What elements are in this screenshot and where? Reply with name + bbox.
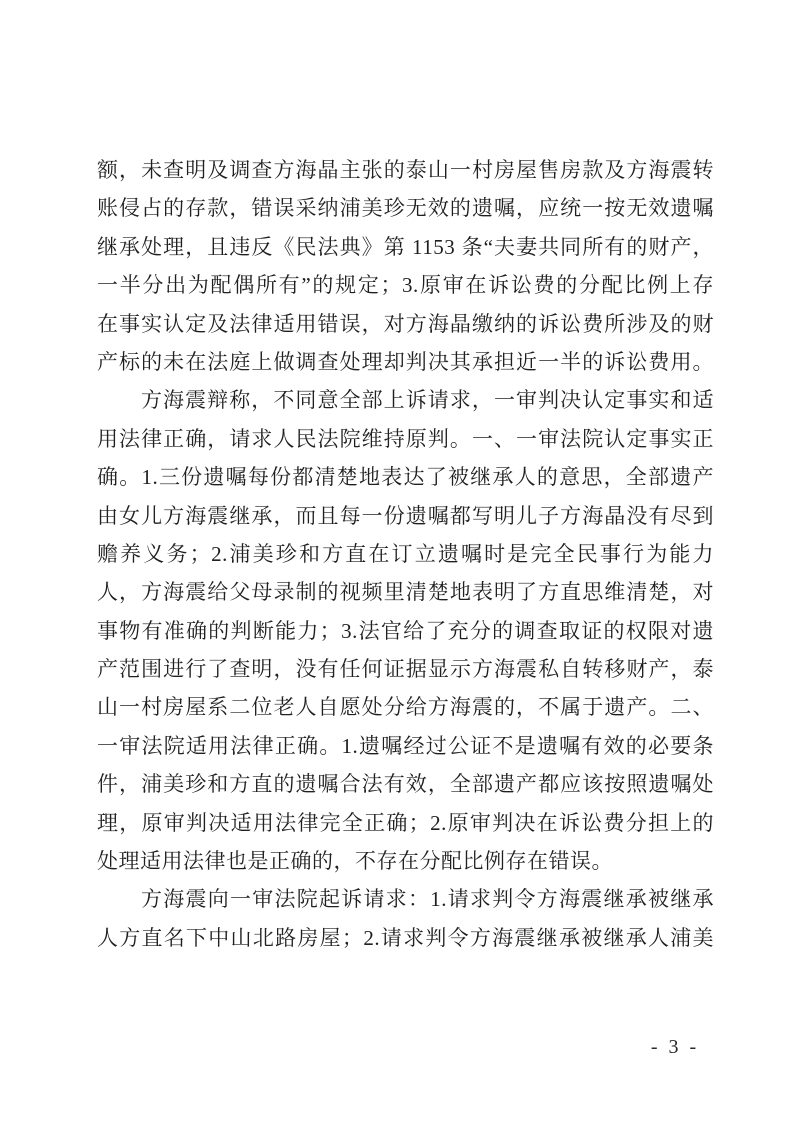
page-number: - 3 -: [640, 1036, 710, 1059]
text-line: 继承处理，且违反《民法典》第 1153 条“夫妻共同所有的财产，: [97, 228, 714, 266]
text-line: 方海震辩称，不同意全部上诉请求，一审判决认定事实和适: [97, 381, 714, 419]
text-line: 人方直名下中山北路房屋；2.请求判令方海震继承被继承人浦美: [97, 919, 714, 957]
document-page: 额，未查明及调查方海晶主张的泰山一村房屋售房款及方海震转账侵占的存款，错误采纳浦…: [0, 0, 800, 1131]
text-line: 理，原审判决适用法律完全正确；2.原审判决在诉讼费分担上的: [97, 804, 714, 842]
text-line: 由女儿方海震继承，而且每一份遗嘱都写明儿子方海晶没有尽到: [97, 497, 714, 535]
text-line: 产范围进行了查明，没有任何证据显示方海震私自转移财产，泰: [97, 650, 714, 688]
text-line: 用法律正确，请求人民法院维持原判。一、一审法院认定事实正: [97, 420, 714, 458]
text-line: 在事实认定及法律适用错误，对方海晶缴纳的诉讼费所涉及的财: [97, 305, 714, 343]
text-line: 方海震向一审法院起诉请求：1.请求判令方海震继承被继承: [97, 880, 714, 918]
text-line: 一半分出为配偶所有”的规定；3.原审在诉讼费的分配比例上存: [97, 266, 714, 304]
text-line: 事物有准确的判断能力；3.法官给了充分的调查取证的权限对遗: [97, 612, 714, 650]
text-line: 确。1.三份遗嘱每份都清楚地表达了被继承人的意思，全部遗产: [97, 458, 714, 496]
text-line: 产标的未在法庭上做调查处理却判决其承担近一半的诉讼费用。: [97, 343, 714, 381]
text-line: 额，未查明及调查方海晶主张的泰山一村房屋售房款及方海震转: [97, 151, 714, 189]
text-line: 人，方海震给父母录制的视频里清楚地表明了方直思维清楚，对: [97, 573, 714, 611]
text-line: 处理适用法律也是正确的，不存在分配比例存在错误。: [97, 842, 714, 880]
text-line: 一审法院适用法律正确。1.遗嘱经过公证不是遗嘱有效的必要条: [97, 727, 714, 765]
text-line: 件，浦美珍和方直的遗嘱合法有效，全部遗产都应该按照遗嘱处: [97, 765, 714, 803]
body-text: 额，未查明及调查方海晶主张的泰山一村房屋售房款及方海震转账侵占的存款，错误采纳浦…: [97, 151, 714, 957]
text-line: 山一村房屋系二位老人自愿处分给方海震的，不属于遗产。二、: [97, 688, 714, 726]
text-line: 账侵占的存款，错误采纳浦美珍无效的遗嘱，应统一按无效遗嘱: [97, 189, 714, 227]
text-line: 赡养义务；2.浦美珍和方直在订立遗嘱时是完全民事行为能力: [97, 535, 714, 573]
